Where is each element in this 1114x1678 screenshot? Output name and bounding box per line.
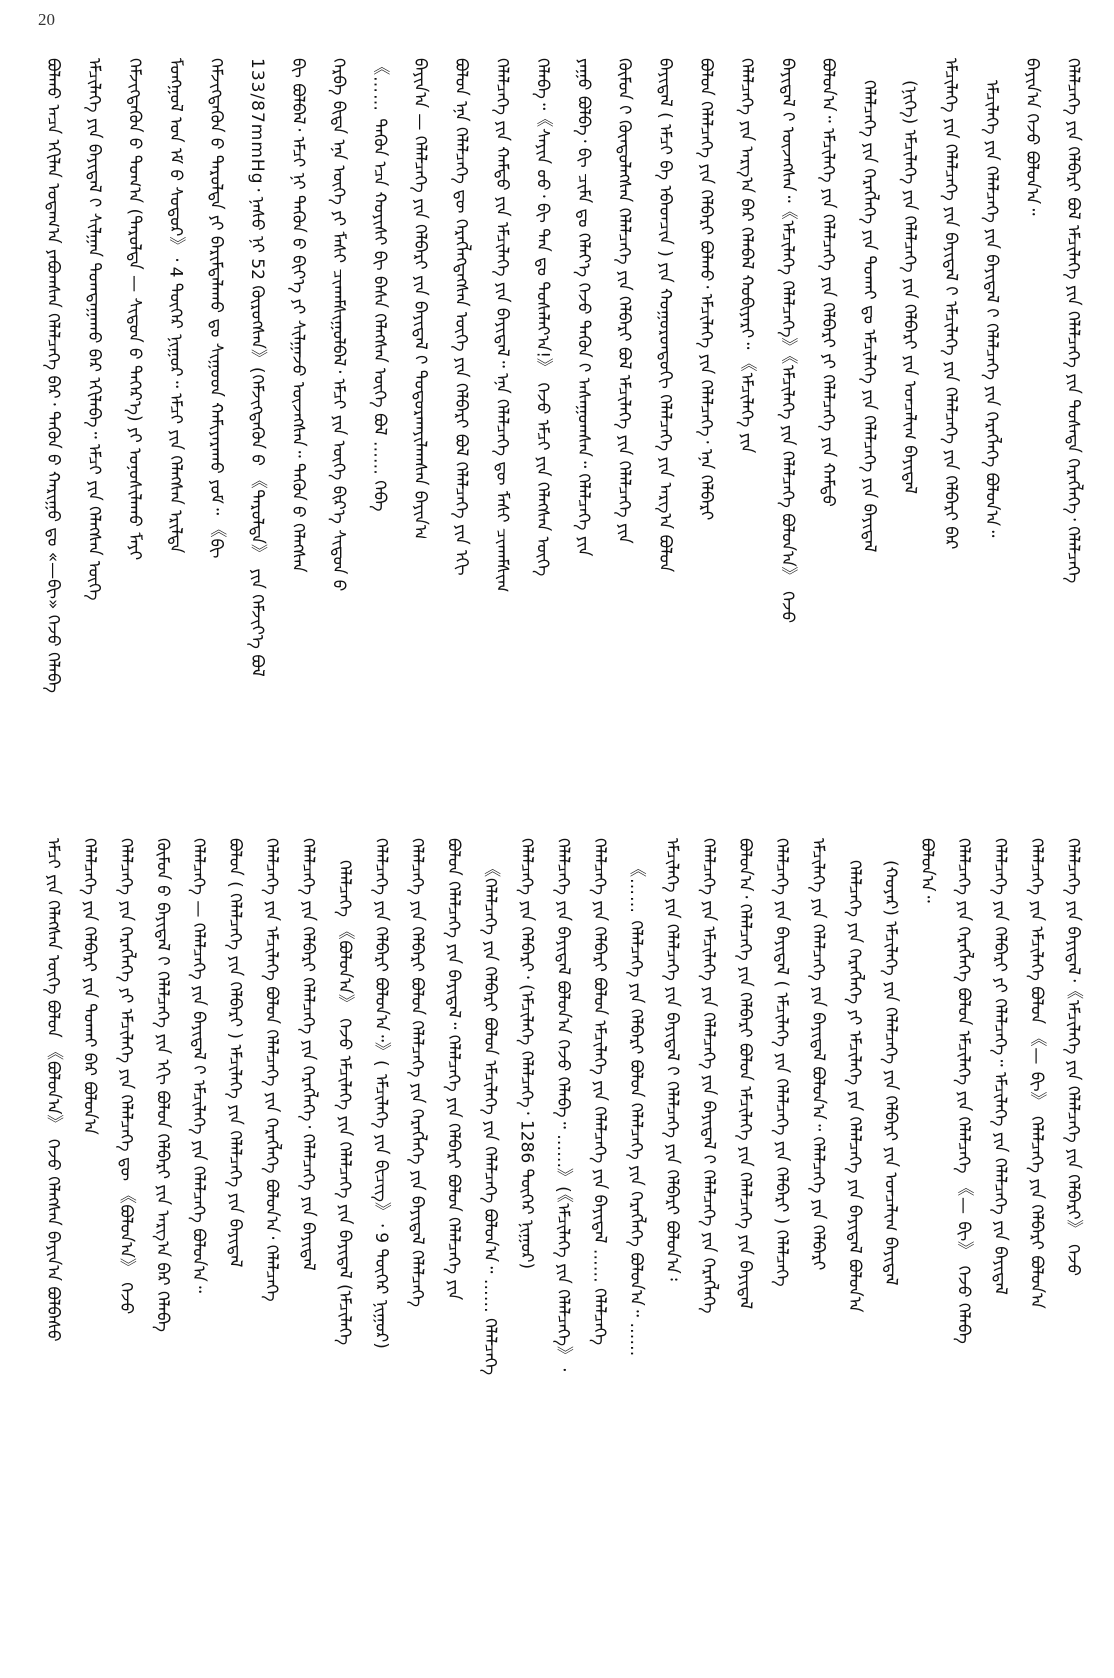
text-column: ᠬᠡᠯᠡᠯᠴᠡᠭᠡ ᠶᠢᠨ ᠪᠠᠶᠢᠳᠠᠯ᠂《ᠡᠮᠴᠢᠯᠡᠭᠡ ᠶᠢᠨ ᠬᠡᠯᠡ… (1058, 838, 1088, 1648)
column-text: ᠬᠡᠯᠡᠯᠴᠡᠭᠡ ᠶᠢᠨ ᠠᠷᠭ᠎ᠠ ᠪᠠᠷ ᠬᠡᠯᠡᠪᠡᠯ ᠬᠤᠪᠢᠶᠠᠷᠢ… (736, 58, 758, 793)
text-column: ᠬᠡᠯᠡᠯᠴᠡᠭᠡ ᠶᠢᠨ ᠬᠡᠯᠪᠡᠷᠢ ᠪᠣᠯᠤᠨ᠎ᠠ᠃》( ᠡᠮᠴᠢᠯᠡᠭ… (366, 838, 396, 1648)
text-column: ᠪᠠᠶᠢᠨ᠎ᠠ ᠭᠡᠵᠦ ᠪᠣᠯᠤᠨ᠎ᠠ᠃ (1017, 58, 1047, 793)
text-column: ᠬᠡᠯᠡᠯᠴᠡᠭᠡ ᠶᠢᠨ ᠡᠮᠴᠢᠯᠡᠭᠡ ᠶᠢᠨ ᠬᠡᠯᠡᠯᠴᠡᠭᠡ ᠶᠢᠨ… (694, 838, 724, 1648)
text-column: ᠪᠣᠯᠤᠨ᠎ᠠ᠃ (912, 838, 942, 1648)
text-column: ᠬᠡᠯᠡᠯᠴᠡᠭᠡ ᠶᠢᠨ ᠬᠡᠯᠪᠡᠷᠢ ᠪᠣᠯᠤᠨ ᠬᠡᠯᠡᠯᠴᠡᠭᠡ ᠶᠢ… (402, 838, 432, 1648)
column-text: ᠬᠦᠮᠦᠨ ᠢ᠋ ᠬᠦᠨᠳᠦᠯᠡᠭᠰᠡᠨ ᠬᠡᠯᠡᠯᠴᠡᠭᠡ ᠶᠢᠨ ᠬᠡᠯᠪᠡ… (613, 58, 635, 793)
column-text: ᠪᠠᠶᠢᠨ᠎ᠠ — ᠬᠡᠯᠡᠯᠴᠡᠭᠡ ᠶᠢᠨ ᠬᠡᠯᠪᠡᠷᠢ ᠶᠢᠨ ᠪᠠᠶᠢ… (409, 58, 431, 538)
column-text: ᠡᠮᠴᠢ ᠶᠢᠨ ᠬᠡᠯᠡᠭᠰᠡᠨ ᠦᠭᠡ ᠪᠣᠯᠤᠨ 《ᠪᠣᠯᠤᠨ᠎ᠠ》 ᠭᠡ… (42, 838, 64, 1648)
column-text: ᠪᠠᠶᠢᠨ᠎ᠠ ᠭᠡᠵᠦ ᠪᠣᠯᠤᠨ᠎ᠠ᠃ (1021, 58, 1043, 258)
column-text: ᠬᠡᠯᠡᠯᠴᠡᠭᠡ ᠶᠢᠨ ᠬᠡᠯᠪᠡᠷᠢ ᠪᠣᠯᠤᠨ ᠡᠮᠴᠢᠯᠡᠭᠡ ᠶᠢᠨ… (588, 838, 610, 1648)
column-text: ᠬᠡᠯᠡᠯᠴᠡᠭᠡ ᠶᠢᠨ ᠬᠡᠯᠪᠡᠷᠢ ᠬᠡᠯᠡᠯᠴᠡᠭᠡ ᠶᠢᠨ ᠬᠡᠷᠡ… (297, 838, 319, 1648)
column-text: ᠬᠡᠯᠡᠯᠴᠡᠭᠡ ᠶᠢᠨ ᠪᠠᠶᠢᠳᠠᠯ ᠪᠣᠯᠤᠨ᠎ᠠ ᠭᠡᠵᠦ ᠬᠡᠯᠡᠪ… (552, 838, 574, 1648)
column-text: ᠡᠮᠴᠢᠯᠡᠭᠡ ᠶᠢᠨ ᠬᠡᠯᠡᠯᠴᠡᠭᠡ ᠶᠢᠨ ᠪᠠᠶᠢᠳᠠᠯ ᠪᠣᠯᠤᠨ… (807, 838, 829, 1648)
text-column: ᠪᠣᠯᠤᠨ ᠡᠨᠡ ᠬᠡᠯᠡᠯᠴᠡᠭᠡ ᠳᠦ ᠬᠡᠷᠡᠭᠯᠡᠭᠳᠡᠭᠰᠡᠨ ᠦᠭ… (446, 58, 476, 793)
column-text: (ᠬᠣᠶᠠᠷ) ᠡᠮᠴᠢᠯᠡᠭᠡ ᠶᠢᠨ ᠬᠡᠯᠡᠯᠴᠡᠭᠡ ᠶᠢᠨ ᠬᠡᠯᠪᠡ… (880, 860, 902, 1458)
text-column: ᠬᠡᠯᠡᠯᠴᠡᠭᠡ 《ᠪᠣᠯᠤᠨ᠎ᠠ》 ᠭᠡᠵᠦ ᠡᠮᠴᠢᠯᠡᠭᠡ ᠶᠢᠨ ᠬᠡ… (329, 838, 359, 1648)
column-text: ᠪᠣᠯᠤᠨ᠎ᠠ᠂ ᠬᠡᠯᠡᠯᠴᠡᠭᠡ ᠶᠢᠨ ᠬᠡᠯᠪᠡᠷᠢ ᠪᠣᠯᠤᠨ ᠡᠮᠴ… (734, 838, 756, 1648)
column-text: 《…… ᠲᠡᠭᠦᠨ ᠡᠴᠡ ᠬᠣᠶᠢᠰᠢ ᠪᠢ ᠪᠠᠰᠠ ᠬᠡᠯᠡᠭᠰᠡᠨ ᠦᠭ… (368, 58, 390, 793)
column-text: ᠬᠡᠯᠡᠯᠴᠡᠭᠡ ᠶᠢᠨ ᠬᠡᠷᠡᠭᠯᠡᠭᠡ ᠶᠢ ᠡᠮᠴᠢᠯᠡᠭᠡ ᠶᠢᠨ … (843, 860, 865, 1648)
text-column: ᠬᠡᠯᠡᠯᠴᠡᠭᠡ ᠶᠢᠨ ᠬᠡᠯᠪᠡᠷᠢ ᠶᠢᠨ ᠲᠤᠬᠠᠢ ᠪᠠᠷ ᠪᠣᠯᠤ… (74, 838, 104, 1648)
column-text: ᠮᠣᠩᠭᠣᠯ ᠤᠨ ᠡᠮ ᠦ᠌ ᠰᠤᠳᠤᠷ》᠂ 4 ᠳᠦᠭᠡᠷ ᠨᠢᠭᠤᠷ᠃ ᠡ… (164, 58, 186, 793)
column-text: ᠪᠣᠯᠤᠨ ᠬᠡᠯᠡᠯᠴᠡᠭᠡ ᠶᠢᠨ ᠪᠠᠶᠢᠳᠠᠯ᠃ ᠬᠡᠯᠡᠯᠴᠡᠭᠡ ᠶ… (443, 838, 465, 1648)
column-text: ᠬᠡᠯᠡᠯᠴᠡᠭᠡ ᠶᠢᠨ ᠪᠠᠶᠢᠳᠠᠯ ( ᠡᠮᠴᠢᠯᠡᠭᠡ ᠶᠢᠨ ᠬᠡᠯ… (770, 838, 792, 1648)
column-text: (ᠨᠢᠭᠡ) ᠡᠮᠴᠢᠯᠡᠭᠡ ᠶᠢᠨ ᠬᠡᠯᠡᠯᠴᠡᠭᠡ ᠶᠢᠨ ᠬᠡᠯᠪᠡᠷ… (899, 80, 921, 638)
column-text: 《…… ᠬᠡᠯᠡᠯᠴᠡᠭᠡ ᠶᠢᠨ ᠬᠡᠯᠪᠡᠷᠢ ᠪᠣᠯᠤᠨ ᠬᠡᠯᠡᠯᠴᠡᠭ… (625, 860, 647, 1648)
text-column: (ᠨᠢᠭᠡ) ᠡᠮᠴᠢᠯᠡᠭᠡ ᠶᠢᠨ ᠬᠡᠯᠡᠯᠴᠡᠭᠡ ᠶᠢᠨ ᠬᠡᠯᠪᠡᠷ… (895, 58, 925, 793)
column-text: ᠬᠡᠯᠡᠯᠴᠡᠭᠡ ᠶᠢᠨ ᠬᠡᠯᠪᠡᠷᠢ᠂ (ᠡᠮᠴᠢᠯᠡᠭᠡ ᠬᠡᠯᠡᠯᠴᠡ… (515, 838, 537, 1648)
text-column: ᠪᠣᠯᠤᠨ ( ᠬᠡᠯᠡᠯᠴᠡᠭᠡ ᠶᠢᠨ ᠬᠡᠯᠪᠡᠷᠢ ) ᠡᠮᠴᠢᠯᠡᠭᠡ… (220, 838, 250, 1648)
text-column: 《…… ᠲᠡᠭᠦᠨ ᠡᠴᠡ ᠬᠣᠶᠢᠰᠢ ᠪᠢ ᠪᠠᠰᠠ ᠬᠡᠯᠡᠭᠰᠡᠨ ᠦᠭ… (364, 58, 394, 793)
text-column: ᠬᠡᠷᠪᠡ ᠪᠢᠳᠡ ᠡᠨᠡ ᠦᠭᠡ ᠶᠢ ᠮᠠᠰᠢ ᠴᠢᠬᠠᠮᠰᠢᠭᠤᠯᠪᠠᠯ… (324, 58, 354, 793)
column-text: ᠪᠢ ᠪᠣᠯᠪᠠᠯ᠂ ᠡᠮᠴᠢ ᠨᠢ ᠲᠡᠭᠦᠨ ᠦ᠌ ᠪᠢᠶ᠎ᠡ ᠶᠢ ᠰᠢᠯ… (287, 58, 309, 793)
text-column: ᠡᠮᠴᠢᠯᠡᠭᠡ ᠶᠢᠨ ᠬᠡᠯᠡᠯᠴᠡᠭᠡ ᠶᠢᠨ ᠪᠠᠶᠢᠳᠠᠯ ᠢ᠋ ᠬᠡ… (657, 838, 687, 1648)
column-text: ᠡᠮᠴᠢᠯᠡᠭᠡ ᠶᠢᠨ ᠪᠠᠶᠢᠳᠠᠯ ᠢ᠋ ᠰᠢᠯᠭᠠᠨ ᠲᠣᠭᠲᠠᠭᠠᠬᠤ… (83, 58, 105, 793)
column-text: ᠪᠣᠯᠤᠨ ( ᠬᠡᠯᠡᠯᠴᠡᠭᠡ ᠶᠢᠨ ᠬᠡᠯᠪᠡᠷᠢ ) ᠡᠮᠴᠢᠯᠡᠭᠡ… (224, 838, 246, 1648)
text-column: ᠪᠣᠯᠤᠨ᠎ᠠ᠃ ᠡᠮᠴᠢᠯᠡᠭᠡ ᠶᠢᠨ ᠬᠡᠯᠡᠯᠴᠡᠭᠡ ᠶᠢᠨ ᠬᠡᠯᠪ… (813, 58, 843, 793)
column-text: ᠬᠡᠯᠡᠯᠴᠡᠭᠡ 《ᠪᠣᠯᠤᠨ᠎ᠠ》 ᠭᠡᠵᠦ ᠡᠮᠴᠢᠯᠡᠭᠡ ᠶᠢᠨ ᠬᠡ… (333, 860, 355, 1648)
text-column: 《…… ᠬᠡᠯᠡᠯᠴᠡᠭᠡ ᠶᠢᠨ ᠬᠡᠯᠪᠡᠷᠢ ᠪᠣᠯᠤᠨ ᠬᠡᠯᠡᠯᠴᠡᠭ… (621, 838, 651, 1648)
column-text: ᠪᠣᠯᠤᠨ ᠡᠨᠡ ᠬᠡᠯᠡᠯᠴᠡᠭᠡ ᠳᠦ ᠬᠡᠷᠡᠭᠯᠡᠭᠳᠡᠭᠰᠡᠨ ᠦᠭ… (450, 58, 472, 793)
column-text: ᠬᠡᠯᠡᠯᠴᠡᠭᠡ ᠶᠢᠨ ᠪᠠᠶᠢᠳᠠᠯ᠂《ᠡᠮᠴᠢᠯᠡᠭᠡ ᠶᠢᠨ ᠬᠡᠯᠡ… (1062, 838, 1084, 1648)
text-column: 133/87mmHg᠂ ᠨᠠᠰᠤ ᠨᠢ 52 ᠬᠦᠷᠦᠭᠰᠡᠨ》(ᠬᠡᠮᠵᠢᠭᠳ… (242, 58, 272, 793)
text-column: ᠬᠡᠯᠡᠯᠴᠡᠭᠡ ᠶᠢᠨ ᠪᠠᠶᠢᠳᠠᠯ ᠪᠣᠯᠤᠨ᠎ᠠ ᠭᠡᠵᠦ ᠬᠡᠯᠡᠪ… (548, 838, 578, 1648)
column-text: 《ᠬᠡᠯᠡᠯᠴᠡᠭᠡ ᠶᠢᠨ ᠬᠡᠯᠪᠡᠷᠢ ᠪᠣᠯᠤᠨ ᠡᠮᠴᠢᠯᠡᠭᠡ ᠶᠢ… (479, 860, 501, 1648)
text-column: ᠬᠡᠮᠵᠢᠭᠳᠡᠬᠦᠨ ᠦ᠌ ᠲᠣᠭ᠎ᠠ (ᠳᠠᠷᠤᠯᠲᠠ — ᠰᠢᠳᠦᠨ ᠦ᠌… (120, 58, 150, 793)
column-text: ᠬᠡᠯᠡᠯᠴᠡᠭᠡ ᠶᠢᠨ ᠬᠡᠷᠡᠭᠯᠡᠭᠡ ᠶᠢᠨ ᠲᠤᠬᠠᠢ ᠳᠤ ᠡᠮᠴ… (858, 80, 880, 793)
text-column: ᠬᠡᠯᠡᠯᠴᠡᠭᠡ ᠶᠢᠨ ᠬᠡᠷᠡᠭᠯᠡᠭᠡ ᠶᠢ ᠡᠮᠴᠢᠯᠡᠭᠡ ᠶᠢᠨ … (839, 838, 869, 1648)
column-text: ᠬᠡᠷᠪᠡ ᠪᠢᠳᠡ ᠡᠨᠡ ᠦᠭᠡ ᠶᠢ ᠮᠠᠰᠢ ᠴᠢᠬᠠᠮᠰᠢᠭᠤᠯᠪᠠᠯ… (328, 58, 350, 793)
column-text: ᠬᠡᠯᠡᠯᠴᠡᠭᠡ ᠶᠢᠨ ᠬᠡᠯᠪᠡᠷᠢ ᠪᠣᠯ ᠡᠮᠴᠢᠯᠡᠭᠡ ᠶᠢᠨ ᠬ… (1062, 58, 1084, 793)
column-text: ᠪᠠᠶᠢᠳᠠᠯ ᠢ᠋ ᠦᠵᠡᠭᠰᠡᠨ᠃《ᠡᠮᠴᠢᠯᠡᠭᠡ ᠬᠡᠯᠡᠯᠴᠡᠭᠡ》《… (776, 58, 798, 793)
text-column: ᠬᠡᠯᠡᠯᠴᠡᠭᠡ ᠶᠢᠨ ᠠᠷᠭ᠎ᠠ ᠪᠠᠷ ᠬᠡᠯᠡᠪᠡᠯ ᠬᠤᠪᠢᠶᠠᠷᠢ… (732, 58, 762, 793)
text-block-bottom: ᠡᠮᠴᠢ ᠶᠢᠨ ᠬᠡᠯᠡᠭᠰᠡᠨ ᠦᠭᠡ ᠪᠣᠯᠤᠨ 《ᠪᠣᠯᠤᠨ᠎ᠠ》 ᠭᠡ… (38, 838, 1088, 1648)
column-text: ᠬᠡᠯᠡᠯᠴᠡᠭᠡ ᠶᠢᠨ ᠬᠡᠷᠡᠭᠯᠡᠭᠡ ᠪᠣᠯᠤᠨ ᠡᠮᠴᠢᠯᠡᠭᠡ ᠶ… (953, 838, 975, 1648)
text-column: ᠪᠣᠯᠬᠤ ᠠᠴᠠ ᠡᠬᠢᠯᠡᠨ ᠤᠳᠠᠭ᠎ᠠ ᠶᠠᠪᠤᠭᠰᠠᠨ ᠬᠡᠯᠡᠯᠴᠡ… (38, 58, 68, 793)
text-column: ᠶᠠᠭᠤ ᠪᠣᠯᠪᠠ᠂ ᠪᠢ ᠴᠢᠮᠠ ᠳᠤ ᠬᠡᠯᠡᠶ᠎ᠡ ᠭᠡᠵᠦ ᠲᠡᠭᠦ… (568, 58, 598, 793)
text-column: ᠬᠡᠯᠡᠯᠴᠡᠭᠡ ᠶᠢᠨ ᠪᠠᠶᠢᠳᠠᠯ ( ᠡᠮᠴᠢᠯᠡᠭᠡ ᠶᠢᠨ ᠬᠡᠯ… (766, 838, 796, 1648)
text-column: ᠬᠦᠮᠦᠨ ᠢ᠋ ᠬᠦᠨᠳᠦᠯᠡᠭᠰᠡᠨ ᠬᠡᠯᠡᠯᠴᠡᠭᠡ ᠶᠢᠨ ᠬᠡᠯᠪᠡ… (609, 58, 639, 793)
text-column: ᠬᠡᠯᠡᠯᠴᠡᠭᠡ ᠶᠢᠨ ᠬᠡᠷᠡᠭᠯᠡᠭᠡ ᠪᠣᠯᠤᠨ ᠡᠮᠴᠢᠯᠡᠭᠡ ᠶ… (949, 838, 979, 1648)
text-column: ᠬᠡᠯᠡᠯᠴᠡᠭᠡ ᠶᠢᠨ ᠬᠡᠯᠪᠡᠷᠢ ᠬᠡᠯᠡᠯᠴᠡᠭᠡ ᠶᠢᠨ ᠬᠡᠷᠡ… (293, 838, 323, 1648)
text-column: ᠬᠡᠯᠡᠯᠴᠡᠭᠡ ᠶᠢᠨ ᠬᠡᠯᠪᠡᠷᠢ ᠪᠣᠯᠤᠨ ᠡᠮᠴᠢᠯᠡᠭᠡ ᠶᠢᠨ… (584, 838, 614, 1648)
text-column: ᠬᠦᠮᠦᠨ ᠦ᠌ ᠪᠠᠶᠢᠳᠠᠯ ᠢ᠋ ᠬᠡᠯᠡᠯᠴᠡᠭᠡ ᠶᠢᠨ ᠡᠬᠢ ᠪᠣ… (147, 838, 177, 1648)
text-column: ᠪᠠᠶᠢᠨ᠎ᠠ — ᠬᠡᠯᠡᠯᠴᠡᠭᠡ ᠶᠢᠨ ᠬᠡᠯᠪᠡᠷᠢ ᠶᠢᠨ ᠪᠠᠶᠢ… (405, 58, 435, 793)
column-text: ᠶᠠᠭᠤ ᠪᠣᠯᠪᠠ᠂ ᠪᠢ ᠴᠢᠮᠠ ᠳᠤ ᠬᠡᠯᠡᠶ᠎ᠡ ᠭᠡᠵᠦ ᠲᠡᠭᠦ… (572, 58, 594, 793)
text-column: ᠬᠡᠯᠡᠯᠴᠡᠭᠡ ᠶᠢᠨ ᠬᠠᠮᠲᠤ ᠶᠢᠨ ᠡᠮᠴᠢᠯᠡᠭᠡ ᠶᠢᠨ ᠪᠠᠶ… (487, 58, 517, 793)
column-text: ᠪᠣᠯᠤᠨ ᠬᠡᠯᠡᠯᠴᠡᠭᠡ ᠶᠢᠨ ᠬᠡᠯᠪᠡᠷᠢ ᠪᠣᠯᠬᠤ᠂ ᠡᠮᠴᠢᠯ… (695, 58, 717, 793)
text-column: ᠬᠡᠯᠡᠯᠴᠡᠭᠡ ᠶᠢᠨ ᠬᠡᠯᠪᠡᠷᠢ ᠶᠢ ᠬᠡᠯᠡᠯᠴᠡᠭᠡ᠃ ᠡᠮᠴᠢ… (985, 838, 1015, 1648)
column-text: ᠬᠡᠯᠡᠯᠴᠡᠭᠡ ᠶᠢᠨ ᠬᠡᠯᠪᠡᠷᠢ ᠶᠢᠨ ᠲᠤᠬᠠᠢ ᠪᠠᠷ ᠪᠣᠯᠤ… (78, 838, 100, 1138)
text-column: ᠬᠡᠯᠡᠯᠴᠡᠭᠡ ᠶᠢᠨ ᠬᠡᠷᠡᠭᠯᠡᠭᠡ ᠶᠢ ᠡᠮᠴᠢᠯᠡᠭᠡ ᠶᠢᠨ … (111, 838, 141, 1648)
text-column: ᠡᠮᠴᠢ ᠶᠢᠨ ᠬᠡᠯᠡᠭᠰᠡᠨ ᠦᠭᠡ ᠪᠣᠯᠤᠨ 《ᠪᠣᠯᠤᠨ᠎ᠠ》 ᠭᠡ… (38, 838, 68, 1648)
text-column: ᠪᠣᠯᠤᠨ᠎ᠠ᠂ ᠬᠡᠯᠡᠯᠴᠡᠭᠡ ᠶᠢᠨ ᠬᠡᠯᠪᠡᠷᠢ ᠪᠣᠯᠤᠨ ᠡᠮᠴ… (730, 838, 760, 1648)
text-column: ᠬᠡᠯᠡᠯᠴᠡᠭᠡ ᠶᠢᠨ ᠬᠡᠯᠪᠡᠷᠢ ᠪᠣᠯ ᠡᠮᠴᠢᠯᠡᠭᠡ ᠶᠢᠨ ᠬ… (1058, 58, 1088, 793)
text-column: ᠬᠡᠯᠡᠯᠴᠡᠭᠡ ᠶᠢᠨ ᠡᠮᠴᠢᠯᠡᠭᠡ ᠪᠣᠯᠤᠨ ᠬᠡᠯᠡᠯᠴᠡᠭᠡ ᠶ… (257, 838, 287, 1648)
column-text: 133/87mmHg᠂ ᠨᠠᠰᠤ ᠨᠢ 52 ᠬᠦᠷᠦᠭᠰᠡᠨ》(ᠬᠡᠮᠵᠢᠭᠳ… (246, 58, 268, 793)
text-column: ᠬᠡᠯᠡᠪᠡ᠃《ᠰᠠᠶᠢᠨ ᠤᠤ᠂ ᠪᠢ ᠲᠠᠨ ᠳᠤ ᠲᠤᠰᠠᠯᠠᠶ᠎ᠠ!》 … (528, 58, 558, 793)
column-text: ᠬᠡᠯᠡᠯᠴᠡᠭᠡ ᠶᠢᠨ ᠬᠡᠯᠪᠡᠷᠢ ᠪᠣᠯᠤᠨ᠎ᠠ᠃》( ᠡᠮᠴᠢᠯᠡᠭ… (370, 838, 392, 1648)
text-column: ᠬᠡᠯᠡᠯᠴᠡᠭᠡ — ᠬᠡᠯᠡᠯᠴᠡᠭᠡ ᠶᠢᠨ ᠪᠠᠶᠢᠳᠠᠯ ᠢ᠋ ᠡᠮᠴ… (184, 838, 214, 1648)
text-column: ᠪᠠᠶᠢᠳᠠᠯ ( ᠡᠮᠴᠢ ᠪᠠ ᠡᠪᠡᠳᠴᠢᠨ ) ᠶᠢᠨ ᠬᠣᠭᠣᠷᠣᠨᠳ… (650, 58, 680, 793)
column-text: ᠡᠮᠴᠢᠯᠡᠭᠡ ᠶᠢᠨ ᠬᠡᠯᠡᠯᠴᠡᠭᠡ ᠶᠢᠨ ᠪᠠᠶᠢᠳᠠᠯ ᠢ᠋ ᠡᠮ… (940, 58, 962, 793)
text-column: ᠬᠡᠯᠡᠯᠴᠡᠭᠡ ᠶᠢᠨ ᠡᠮᠴᠢᠯᠡᠭᠡ ᠪᠣᠯᠤᠨ 《— ᠪᠢ》 ᠬᠡᠯᠡ… (1021, 838, 1051, 1648)
text-column: ᠪᠣᠯᠤᠨ ᠬᠡᠯᠡᠯᠴᠡᠭᠡ ᠶᠢᠨ ᠬᠡᠯᠪᠡᠷᠢ ᠪᠣᠯᠬᠤ᠂ ᠡᠮᠴᠢᠯ… (691, 58, 721, 793)
column-text: ᠡᠮᠴᠢᠯᠡᠭᠡ ᠶᠢᠨ ᠬᠡᠯᠡᠯᠴᠡᠭᠡ ᠶᠢᠨ ᠪᠠᠶᠢᠳᠠᠯ ᠢ᠋ ᠬᠡ… (661, 838, 683, 1648)
text-column: ᠬᠡᠮᠵᠢᠭᠳᠡᠬᠦᠨ ᠦ᠌ ᠳᠠᠷᠤᠯᠲᠠ ᠶᠢ ᠪᠠᠷᠢᠮᠳᠠᠯᠠᠬᠤ ᠳᠤ… (201, 58, 231, 793)
column-text: ᠪᠣᠯᠬᠤ ᠠᠴᠠ ᠡᠬᠢᠯᠡᠨ ᠤᠳᠠᠭ᠎ᠠ ᠶᠠᠪᠤᠭᠰᠠᠨ ᠬᠡᠯᠡᠯᠴᠡ… (42, 58, 64, 793)
text-column: ᠡᠮᠴᠢᠯᠡᠭᠡ ᠶᠢᠨ ᠬᠡᠯᠡᠯᠴᠡᠭᠡ ᠶᠢᠨ ᠪᠠᠶᠢᠳᠠᠯ ᠢ᠋ ᠬᠡ… (976, 58, 1006, 793)
column-text: ᠬᠡᠯᠡᠯᠴᠡᠭᠡ — ᠬᠡᠯᠡᠯᠴᠡᠭᠡ ᠶᠢᠨ ᠪᠠᠶᠢᠳᠠᠯ ᠢ᠋ ᠡᠮᠴ… (188, 838, 210, 1648)
text-column: ᠪᠠᠶᠢᠳᠠᠯ ᠢ᠋ ᠦᠵᠡᠭᠰᠡᠨ᠃《ᠡᠮᠴᠢᠯᠡᠭᠡ ᠬᠡᠯᠡᠯᠴᠡᠭᠡ》《… (772, 58, 802, 793)
text-column: ᠮᠣᠩᠭᠣᠯ ᠤᠨ ᠡᠮ ᠦ᠌ ᠰᠤᠳᠤᠷ》᠂ 4 ᠳᠦᠭᠡᠷ ᠨᠢᠭᠤᠷ᠃ ᠡ… (160, 58, 190, 793)
column-text: ᠬᠡᠯᠡᠯᠴᠡᠭᠡ ᠶᠢᠨ ᠡᠮᠴᠢᠯᠡᠭᠡ ᠪᠣᠯᠤᠨ ᠬᠡᠯᠡᠯᠴᠡᠭᠡ ᠶ… (261, 838, 283, 1648)
page-number: 20 (38, 10, 55, 30)
column-text: ᠪᠠᠶᠢᠳᠠᠯ ( ᠡᠮᠴᠢ ᠪᠠ ᠡᠪᠡᠳᠴᠢᠨ ) ᠶᠢᠨ ᠬᠣᠭᠣᠷᠣᠨᠳ… (654, 58, 676, 793)
column-text: ᠬᠡᠯᠡᠯᠴᠡᠭᠡ ᠶᠢᠨ ᠡᠮᠴᠢᠯᠡᠭᠡ ᠶᠢᠨ ᠬᠡᠯᠡᠯᠴᠡᠭᠡ ᠶᠢᠨ… (698, 838, 720, 1648)
column-text: ᠬᠡᠯᠡᠯᠴᠡᠭᠡ ᠶᠢᠨ ᠬᠠᠮᠲᠤ ᠶᠢᠨ ᠡᠮᠴᠢᠯᠡᠭᠡ ᠶᠢᠨ ᠪᠠᠶ… (491, 58, 513, 793)
column-text: ᠡᠮᠴᠢᠯᠡᠭᠡ ᠶᠢᠨ ᠬᠡᠯᠡᠯᠴᠡᠭᠡ ᠶᠢᠨ ᠪᠠᠶᠢᠳᠠᠯ ᠢ᠋ ᠬᠡ… (980, 80, 1002, 793)
text-column: ᠬᠡᠯᠡᠯᠴᠡᠭᠡ ᠶᠢᠨ ᠬᠡᠯᠪᠡᠷᠢ᠂ (ᠡᠮᠴᠢᠯᠡᠭᠡ ᠬᠡᠯᠡᠯᠴᠡ… (511, 838, 541, 1648)
text-column: 《ᠬᠡᠯᠡᠯᠴᠡᠭᠡ ᠶᠢᠨ ᠬᠡᠯᠪᠡᠷᠢ ᠪᠣᠯᠤᠨ ᠡᠮᠴᠢᠯᠡᠭᠡ ᠶᠢ… (475, 838, 505, 1648)
column-text: ᠬᠡᠯᠡᠯᠴᠡᠭᠡ ᠶᠢᠨ ᠬᠡᠯᠪᠡᠷᠢ ᠶᠢ ᠬᠡᠯᠡᠯᠴᠡᠭᠡ᠃ ᠡᠮᠴᠢ… (989, 838, 1011, 1648)
column-text: ᠬᠡᠮᠵᠢᠭᠳᠡᠬᠦᠨ ᠦ᠌ ᠳᠠᠷᠤᠯᠲᠠ ᠶᠢ ᠪᠠᠷᠢᠮᠳᠠᠯᠠᠬᠤ ᠳᠤ… (205, 58, 227, 793)
column-text: ᠪᠣᠯᠤᠨ᠎ᠠ᠃ (916, 838, 938, 918)
text-block-top: ᠪᠣᠯᠬᠤ ᠠᠴᠠ ᠡᠬᠢᠯᠡᠨ ᠤᠳᠠᠭ᠎ᠠ ᠶᠠᠪᠤᠭᠰᠠᠨ ᠬᠡᠯᠡᠯᠴᠡ… (38, 58, 1088, 793)
text-column: (ᠬᠣᠶᠠᠷ) ᠡᠮᠴᠢᠯᠡᠭᠡ ᠶᠢᠨ ᠬᠡᠯᠡᠯᠴᠡᠭᠡ ᠶᠢᠨ ᠬᠡᠯᠪᠡ… (876, 838, 906, 1648)
text-column: ᠬᠡᠯᠡᠯᠴᠡᠭᠡ ᠶᠢᠨ ᠬᠡᠷᠡᠭᠯᠡᠭᠡ ᠶᠢᠨ ᠲᠤᠬᠠᠢ ᠳᠤ ᠡᠮᠴ… (854, 58, 884, 793)
text-column: ᠡᠮᠴᠢᠯᠡᠭᠡ ᠶᠢᠨ ᠬᠡᠯᠡᠯᠴᠡᠭᠡ ᠶᠢᠨ ᠪᠠᠶᠢᠳᠠᠯ ᠢ᠋ ᠡᠮ… (936, 58, 966, 793)
column-text: ᠬᠡᠯᠡᠪᠡ᠃《ᠰᠠᠶᠢᠨ ᠤᠤ᠂ ᠪᠢ ᠲᠠᠨ ᠳᠤ ᠲᠤᠰᠠᠯᠠᠶ᠎ᠠ!》 … (532, 58, 554, 793)
column-text: ᠬᠡᠯᠡᠯᠴᠡᠭᠡ ᠶᠢᠨ ᠬᠡᠷᠡᠭᠯᠡᠭᠡ ᠶᠢ ᠡᠮᠴᠢᠯᠡᠭᠡ ᠶᠢᠨ … (115, 838, 137, 1648)
column-text: ᠬᠡᠯᠡᠯᠴᠡᠭᠡ ᠶᠢᠨ ᠡᠮᠴᠢᠯᠡᠭᠡ ᠪᠣᠯᠤᠨ 《— ᠪᠢ》 ᠬᠡᠯᠡ… (1025, 838, 1047, 1648)
text-column: ᠡᠮᠴᠢᠯᠡᠭᠡ ᠶᠢᠨ ᠪᠠᠶᠢᠳᠠᠯ ᠢ᠋ ᠰᠢᠯᠭᠠᠨ ᠲᠣᠭᠲᠠᠭᠠᠬᠤ… (79, 58, 109, 793)
text-column: ᠪᠣᠯᠤᠨ ᠬᠡᠯᠡᠯᠴᠡᠭᠡ ᠶᠢᠨ ᠪᠠᠶᠢᠳᠠᠯ᠃ ᠬᠡᠯᠡᠯᠴᠡᠭᠡ ᠶ… (439, 838, 469, 1648)
column-text: ᠪᠣᠯᠤᠨ᠎ᠠ᠃ ᠡᠮᠴᠢᠯᠡᠭᠡ ᠶᠢᠨ ᠬᠡᠯᠡᠯᠴᠡᠭᠡ ᠶᠢᠨ ᠬᠡᠯᠪ… (817, 58, 839, 793)
column-text: ᠬᠡᠮᠵᠢᠭᠳᠡᠬᠦᠨ ᠦ᠌ ᠲᠣᠭ᠎ᠠ (ᠳᠠᠷᠤᠯᠲᠠ — ᠰᠢᠳᠦᠨ ᠦ᠌… (124, 58, 146, 793)
text-column: ᠡᠮᠴᠢᠯᠡᠭᠡ ᠶᠢᠨ ᠬᠡᠯᠡᠯᠴᠡᠭᠡ ᠶᠢᠨ ᠪᠠᠶᠢᠳᠠᠯ ᠪᠣᠯᠤᠨ… (803, 838, 833, 1648)
column-text: ᠬᠡᠯᠡᠯᠴᠡᠭᠡ ᠶᠢᠨ ᠬᠡᠯᠪᠡᠷᠢ ᠪᠣᠯᠤᠨ ᠬᠡᠯᠡᠯᠴᠡᠭᠡ ᠶᠢ… (406, 838, 428, 1648)
text-column: ᠪᠢ ᠪᠣᠯᠪᠠᠯ᠂ ᠡᠮᠴᠢ ᠨᠢ ᠲᠡᠭᠦᠨ ᠦ᠌ ᠪᠢᠶ᠎ᠡ ᠶᠢ ᠰᠢᠯ… (283, 58, 313, 793)
column-text: ᠬᠦᠮᠦᠨ ᠦ᠌ ᠪᠠᠶᠢᠳᠠᠯ ᠢ᠋ ᠬᠡᠯᠡᠯᠴᠡᠭᠡ ᠶᠢᠨ ᠡᠬᠢ ᠪᠣ… (151, 838, 173, 1648)
